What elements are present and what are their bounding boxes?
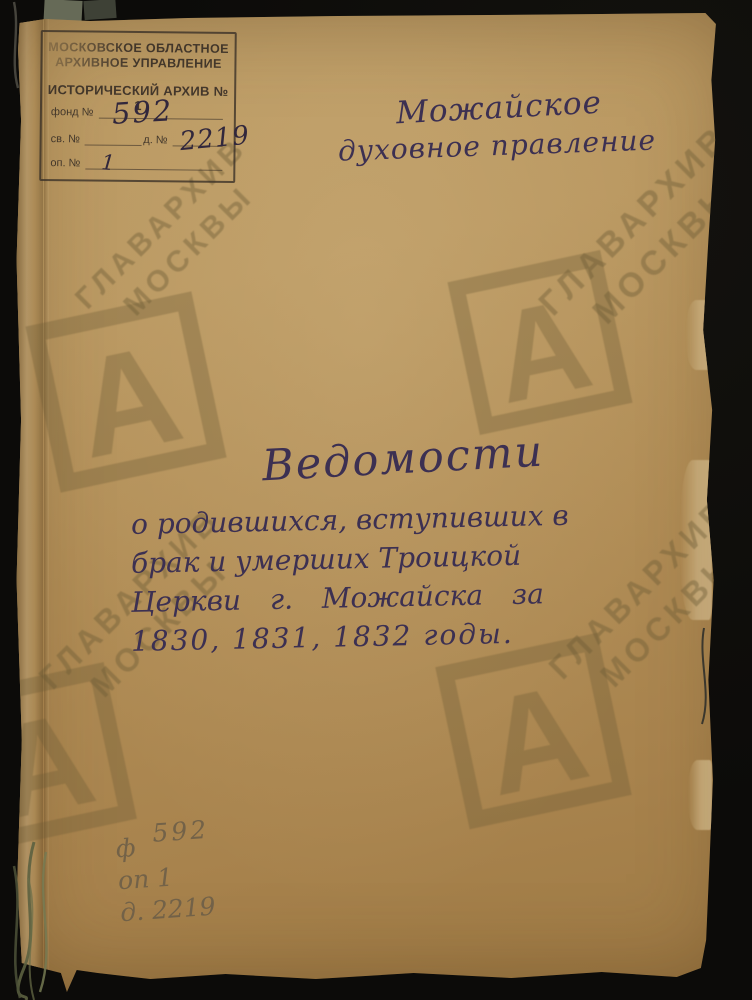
stamp-opis-label: оп. №: [50, 157, 83, 169]
stamp-opis-row: оп. №: [50, 154, 224, 171]
scanned-archive-photo: { "archive_stamp": { "line1": "МОСКОВСКО…: [0, 0, 752, 1000]
torn-edge: [688, 760, 712, 830]
stamp-delo-label: д. №: [143, 134, 170, 146]
stamp-underline: [85, 132, 142, 146]
glavarkhiv-logo-icon: А: [20, 278, 232, 506]
document-cover: ГЛАВАРХИВ МОСКВЫ ГЛАВАРХИВ МОСКВЫ ГЛАВАР…: [0, 0, 752, 1000]
pencil-fond-number: 592: [151, 814, 210, 850]
archive-stamp: МОСКОВСКОЕ ОБЛАСТНОЕ АРХИВНОЕ УПРАВЛЕНИЕ…: [39, 30, 237, 183]
document-title-description: о родившихся, вступивших в брак и умерши…: [131, 500, 601, 656]
pencil-archival-code: ф592 оп 1 д. 2219: [115, 827, 217, 929]
pencil-delo-line: д. 2219: [119, 891, 216, 930]
stamp-fond-label: фонд №: [51, 106, 97, 118]
pencil-fond-label: ф: [115, 833, 137, 863]
svg-text:А: А: [0, 684, 106, 848]
header-inscription: Можайское духовное правление: [338, 90, 660, 162]
torn-edge: [686, 300, 712, 370]
glavarkhiv-logo-icon: А: [440, 245, 640, 440]
stamp-fond-number: 592: [111, 93, 174, 131]
stamp-opis-number: 1: [100, 150, 115, 175]
pencil-fond-line: ф592: [115, 827, 212, 866]
svg-text:А: А: [471, 654, 599, 824]
svg-text:А: А: [62, 313, 193, 488]
svg-text:А: А: [481, 271, 602, 431]
stamp-sv-label: св. №: [51, 133, 83, 145]
stamp-org-line1: МОСКОВСКОЕ ОБЛАСТНОЕ: [43, 40, 235, 56]
stamp-org-line2: АРХИВНОЕ УПРАВЛЕНИЕ: [42, 55, 234, 71]
binding-tab-dark: [83, 0, 116, 20]
document-title: Ведомости: [261, 427, 546, 492]
